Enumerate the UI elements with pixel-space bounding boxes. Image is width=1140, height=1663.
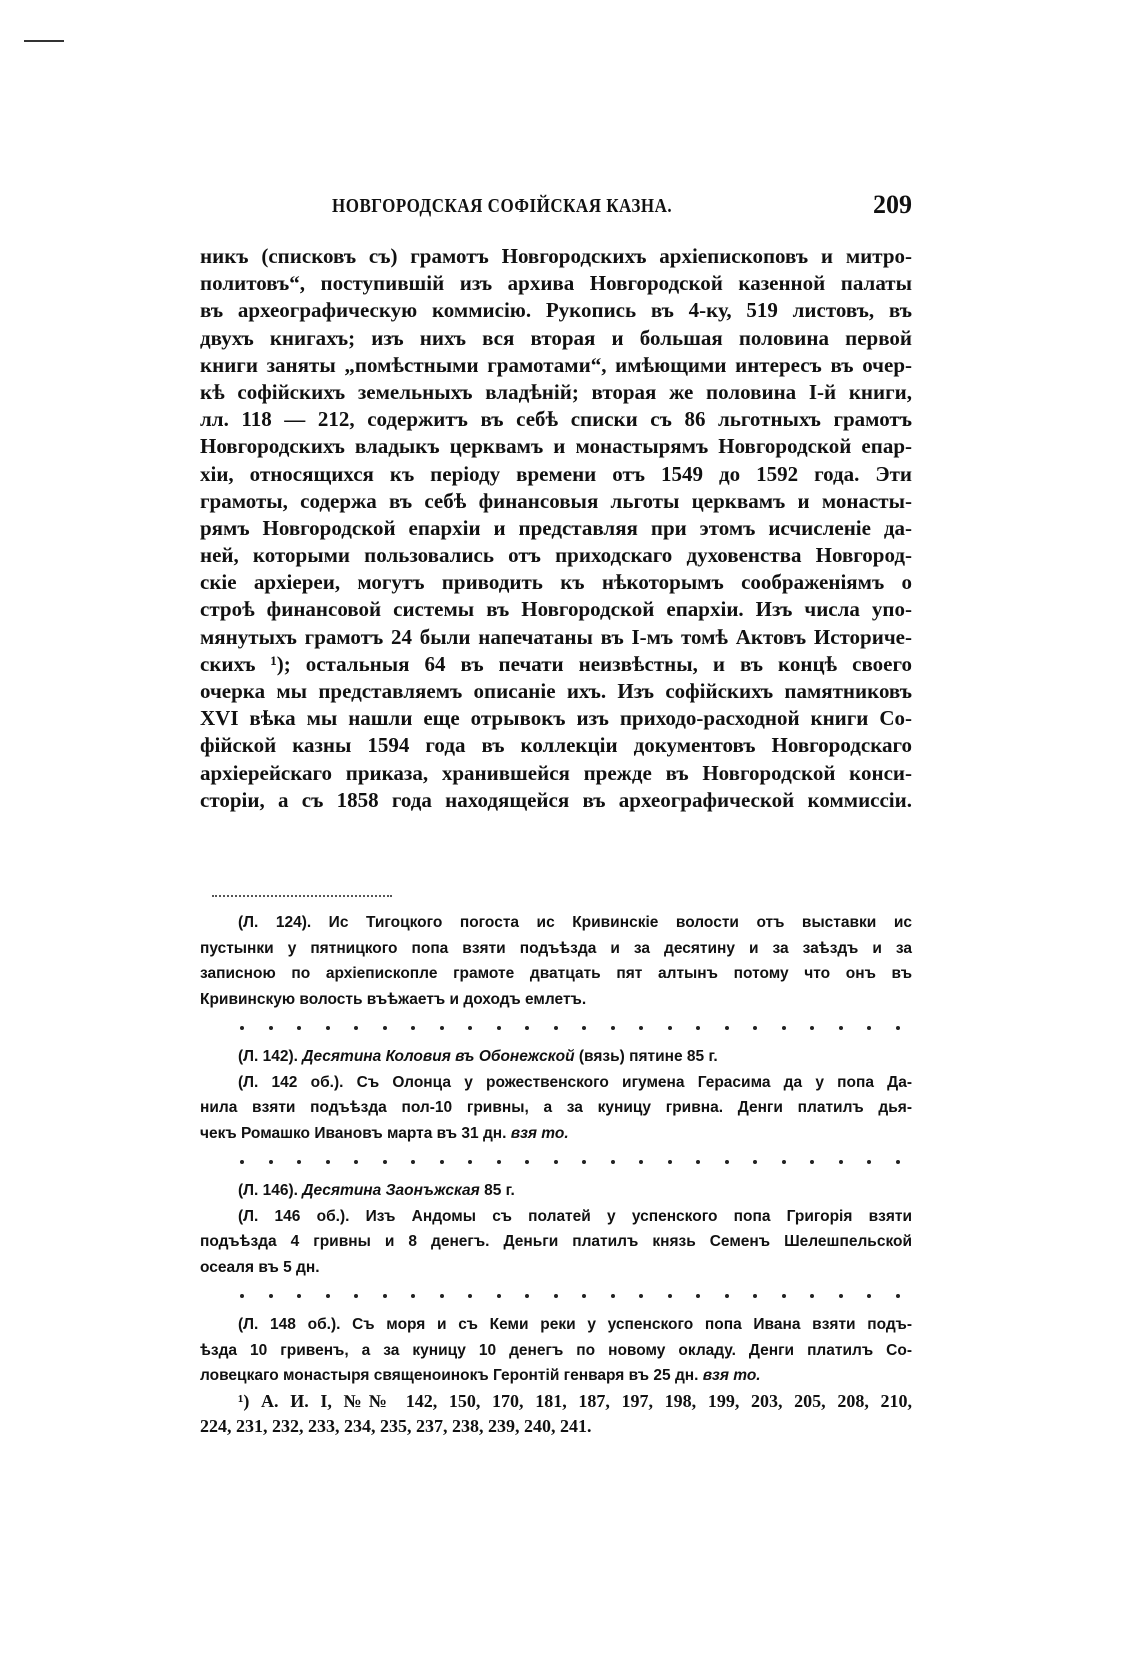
- folio-ref: (Л. 142).: [238, 1048, 298, 1065]
- text-line: архіерейскаго приказа, хранившейся прежд…: [200, 760, 912, 787]
- excerpt-line: (Л. 148 об.). Съ моря и съ Кеми реки у у…: [200, 1312, 912, 1338]
- text-line: строѣ финансовой системы въ Новгородской…: [200, 596, 912, 623]
- excerpt-block: (Л. 148 об.). Съ моря и съ Кеми реки у у…: [200, 1312, 912, 1389]
- excerpt-line: нила взяти подъѣзда пол-10 гривны, а за …: [200, 1095, 912, 1121]
- excerpt-line: осеаля въ 5 дн.: [200, 1255, 912, 1281]
- excerpt-heading: (Л. 146). Десятина Заонъжская 85 г.: [200, 1178, 912, 1204]
- page-number: 209: [873, 190, 912, 220]
- ellipsis-dots: [240, 1280, 900, 1312]
- text-line: фійской казны 1594 года въ коллекціи док…: [200, 732, 912, 759]
- text-line: кѣ софійскихъ земельныхъ владѣній; втора…: [200, 379, 912, 406]
- text-line: лл. 118 — 212, содержитъ въ себѣ списки …: [200, 406, 912, 433]
- excerpt-block: (Л. 142). Десятина Коловия въ Обонежской…: [200, 1044, 912, 1146]
- text-line: грамоты, содержа въ себѣ финансовыя льго…: [200, 488, 912, 515]
- text-line: скихъ ¹); остальныя 64 въ печати неизвѣс…: [200, 651, 912, 678]
- text-line: книги заняты „помѣстными грамотами“, имѣ…: [200, 352, 912, 379]
- text-line: Новгородскихъ владыкъ церквамъ и монасты…: [200, 433, 912, 460]
- text-line: политовъ“, поступившій изъ архива Новгор…: [200, 270, 912, 297]
- excerpt-line: подъѣзда 4 гривны и 8 денегъ. Деньги пла…: [200, 1229, 912, 1255]
- text-line: скіе архіереи, могутъ приводить къ нѣкот…: [200, 569, 912, 596]
- text-line: очерка мы представляемъ описаніе ихъ. Из…: [200, 678, 912, 705]
- running-head-title: НОВГОРОДСКАЯ СОФІЙСКАЯ КАЗНА.: [332, 195, 672, 218]
- text-line: никъ (списковъ съ) грамотъ Новгородскихъ…: [200, 243, 912, 270]
- excerpt-line: Кривинскую волость въѣжаетъ и доходъ емл…: [200, 987, 912, 1013]
- ellipsis-dots: [240, 1012, 900, 1044]
- heading-italic: Десятина Заонъжская: [302, 1182, 480, 1199]
- excerpt-heading: (Л. 142). Десятина Коловия въ Обонежской…: [200, 1044, 912, 1070]
- heading-suffix: (вязь) пятине 85 г.: [579, 1048, 718, 1065]
- running-head: НОВГОРОДСКАЯ СОФІЙСКАЯ КАЗНА. 209: [200, 190, 912, 220]
- excerpt-line: (Л. 124). Ис Тигоцкого погоста ис Кривин…: [200, 910, 912, 936]
- ellipsis-dots: [240, 1146, 900, 1178]
- excerpt-line: ловецкаго монастыря священоинокъ Геронті…: [200, 1363, 912, 1389]
- source-excerpts: (Л. 124). Ис Тигоцкого погоста ис Кривин…: [200, 910, 912, 1439]
- text-line: хіи, относящихся къ періоду времени отъ …: [200, 461, 912, 488]
- excerpt-line: пустынки у пятницкого попа взяти подъѣзд…: [200, 936, 912, 962]
- excerpt-line: ѣзда 10 гривенъ, а за куницу 10 денегъ п…: [200, 1338, 912, 1364]
- excerpt-line: записною по архіепископле грамоте дватца…: [200, 961, 912, 987]
- text-line-content: никъ (списковъ съ) грамотъ Новгородскихъ…: [200, 244, 912, 268]
- main-paragraph: никъ (списковъ съ) грамотъ Новгородскихъ…: [200, 243, 912, 814]
- text-line: двухъ книгахъ; изъ нихъ вся вторая и бол…: [200, 325, 912, 352]
- scan-corner-mark: [24, 40, 64, 42]
- excerpt-line-italic: взя то.: [511, 1125, 569, 1142]
- excerpt-line-text: ловецкаго монастыря священоинокъ Геронті…: [200, 1367, 698, 1384]
- excerpt-line: (Л. 142 об.). Съ Олонца у рожественского…: [200, 1070, 912, 1096]
- text-line: сторіи, а съ 1858 года находящейся въ ар…: [200, 787, 912, 814]
- excerpt-line-italic: взя то.: [703, 1367, 761, 1384]
- excerpt-line-text: чекъ Ромашко Ивановъ марта въ 31 дн.: [200, 1125, 506, 1142]
- text-line: XVI вѣка мы нашли еще отрывокъ изъ прихо…: [200, 705, 912, 732]
- folio-ref: (Л. 146).: [238, 1182, 298, 1199]
- text-line: ней, которыми пользовались отъ приходска…: [200, 542, 912, 569]
- footnote-line: ¹) А. И. I, №№ 142, 150, 170, 181, 187, …: [200, 1389, 912, 1414]
- excerpt-line: (Л. 146 об.). Изъ Андомы съ полатей у ус…: [200, 1204, 912, 1230]
- excerpt-line: чекъ Ромашко Ивановъ марта въ 31 дн. взя…: [200, 1121, 912, 1147]
- separator-rule: [212, 895, 392, 899]
- heading-suffix: 85 г.: [484, 1182, 515, 1199]
- excerpt-block: (Л. 146). Десятина Заонъжская 85 г. (Л. …: [200, 1178, 912, 1280]
- heading-italic: Десятина Коловия въ Обонежской: [302, 1048, 574, 1065]
- footnote: ¹) А. И. I, №№ 142, 150, 170, 181, 187, …: [200, 1389, 912, 1439]
- excerpt-block: (Л. 124). Ис Тигоцкого погоста ис Кривин…: [200, 910, 912, 1012]
- footnote-line: 224, 231, 232, 233, 234, 235, 237, 238, …: [200, 1414, 912, 1439]
- text-line: рямъ Новгородской епархіи и представляя …: [200, 515, 912, 542]
- text-line: мянутыхъ грамотъ 24 были напечатаны въ I…: [200, 624, 912, 651]
- text-line: въ археографическую коммисію. Рукопись в…: [200, 297, 912, 324]
